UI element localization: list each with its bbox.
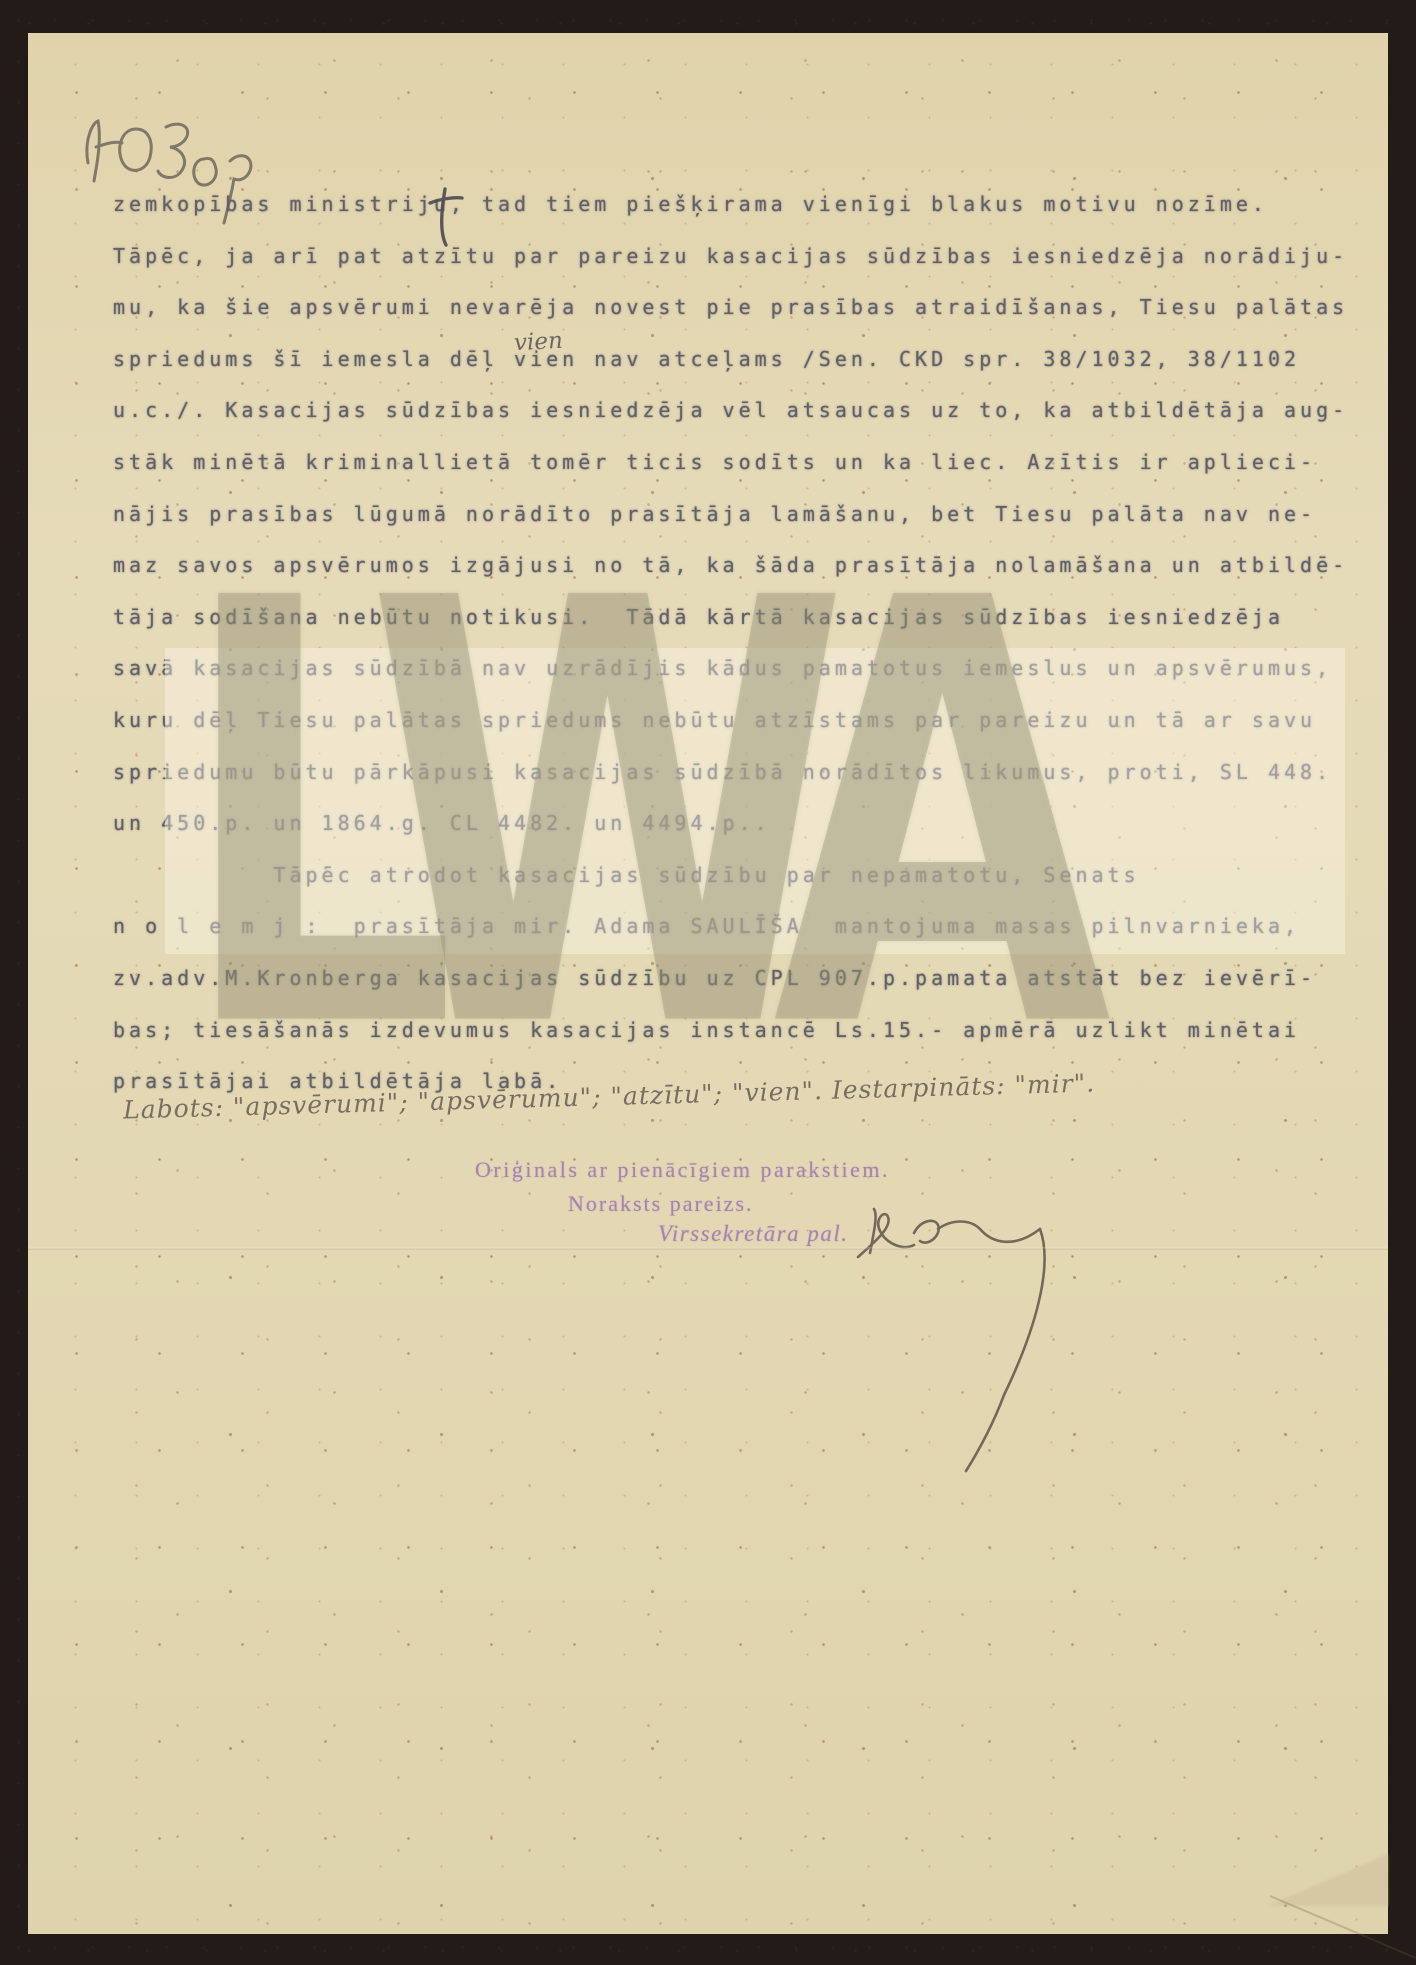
typed-line-11: kuru dēļ Tiesu palātas spriedums nebūtu … — [113, 695, 1373, 747]
typed-line-8: maz savos apsvērumos izgājusi no tā, ka … — [113, 540, 1373, 592]
typed-line-12: spriedumu būtu pārkāpusi kasacijas sūdzī… — [113, 747, 1373, 799]
typed-line-3: mu, ka šie apsvērumi nevarēja novest pie… — [113, 282, 1373, 334]
typed-text-block: zemkopības ministriju, tad tiem piešķira… — [113, 179, 1373, 1108]
document-page: zemkopības ministriju, tad tiem piešķira… — [28, 33, 1388, 1934]
secretary-signature — [808, 1183, 1128, 1503]
handwritten-t-insertion — [420, 183, 470, 253]
stamp-line-copy-correct: Noraksts pareizs. — [568, 1191, 754, 1217]
typed-line-17: bas; tiesāšanās izdevumus kasacijas inst… — [113, 1005, 1373, 1057]
handwritten-vien-correction: vien — [513, 328, 563, 357]
typed-line-2: Tāpēc, ja arī pat atzītu par pareizu kas… — [113, 231, 1373, 283]
typed-line-6: stāk minētā kriminallietā tomēr ticis so… — [113, 437, 1373, 489]
typed-line-4: spriedums šī iemesla dēļ vien nav atceļa… — [113, 334, 1373, 386]
typed-line-9: tāja sodīšana nebūtu notikusi. Tādā kārt… — [113, 592, 1373, 644]
typed-line-7: nājis prasības lūgumā norādīto prasītāja… — [113, 489, 1373, 541]
typed-line-1: zemkopības ministriju, tad tiem piešķira… — [113, 179, 1373, 231]
typed-line-10: savā kasacijas sūdzībā nav uzrādījis kād… — [113, 643, 1373, 695]
stamp-line-secretary: Virssekretāra pal. — [658, 1221, 849, 1247]
horizontal-crease — [28, 1247, 1388, 1250]
typed-line-14: Tāpēc atrodot kasacijas sūdzību par nepa… — [113, 850, 1373, 902]
typed-line-15: n o l e m j : prasītāja mir. Adama SAULĪ… — [113, 901, 1373, 953]
corner-fold — [1268, 1854, 1388, 1906]
stamp-line-original: Oriģinals ar pienācīgiem parakstiem. — [475, 1157, 890, 1183]
scanned-archive-page: { "page": { "kind": "scanned typewritten… — [0, 0, 1416, 1965]
typed-line-16: zv.adv.M.Kronberga kasacijas sūdzību uz … — [113, 953, 1373, 1005]
typed-line-5: u.c./. Kasacijas sūdzības iesniedzēja vē… — [113, 385, 1373, 437]
typed-line-13: un 450.p. un 1864.g. CL 4482. un 4494.p.… — [113, 798, 1373, 850]
